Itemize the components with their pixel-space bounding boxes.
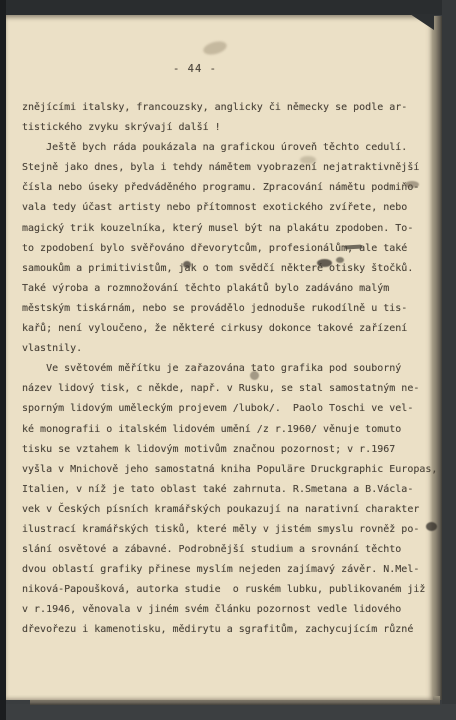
text-line: vek v Českých písních kramářských poukaz… <box>22 500 430 520</box>
document-page: - 44 - znějícími italsky, francouzsky, a… <box>5 15 433 700</box>
ink-smudge <box>202 39 228 57</box>
page-corner-fold <box>410 14 434 30</box>
text-line: Ještě bych ráda poukázala na grafickou ú… <box>22 138 430 158</box>
scan-background-top <box>0 0 456 15</box>
book-fore-edge <box>432 16 442 700</box>
text-line: Stejně jako dnes, byla i tehdy námětem v… <box>22 158 430 178</box>
text-line: to zpodobení bylo svěřováno dřevorytcům,… <box>22 239 430 259</box>
text-line: vyšla v Mnichově jeho samostatná kniha P… <box>22 460 430 480</box>
text-line: dřevořezu i kamenotisku, mědirytu a sgra… <box>22 620 430 640</box>
scan-background-bottom <box>0 704 456 720</box>
text-line: v r.1946, věnovala v jiném svém článku p… <box>22 600 430 620</box>
text-line: magický trik kouzelníka, který musel být… <box>22 219 430 239</box>
text-line: znějícími italsky, francouzsky, anglicky… <box>22 98 430 118</box>
text-line: Ve světovém měřítku je zařazována tato g… <box>22 359 430 379</box>
text-line: ilustrací kramářských tisků, které měly … <box>22 520 430 540</box>
text-line: slání osvětové a zábavné. Podrobnější st… <box>22 540 430 560</box>
scan-background-left <box>0 0 6 720</box>
text-line: vlastnily. <box>22 339 430 359</box>
body-text: znějícími italsky, francouzsky, anglicky… <box>22 98 430 641</box>
text-line: vala tedy účast artisty nebo přítomnost … <box>22 198 430 218</box>
text-line: tistického zvyku skrývají další ! <box>22 118 430 138</box>
text-line: Také výroba a rozmnožování těchto plakát… <box>22 279 430 299</box>
text-line: niková-Papoušková, autorka studie o rusk… <box>22 580 430 600</box>
text-line: dvou oblastí grafiky přinese myslím neje… <box>22 560 430 580</box>
scan-background-right <box>442 0 456 720</box>
text-line: tisku se vztahem k lidovým motivům značn… <box>22 440 430 460</box>
text-line: Italien, v níž je tato oblast také zahrn… <box>22 480 430 500</box>
text-line: městským tiskárnám, nebo se provádělo je… <box>22 299 430 319</box>
text-line: kařů; není vyloučeno, že některé cirkusy… <box>22 319 430 339</box>
text-line: samoukům a primitivistům, jak o tom svěd… <box>22 259 430 279</box>
text-line: čísla nebo úseky předváděného programu. … <box>22 178 430 198</box>
text-line: ké monografii o italském lidovém umění /… <box>22 420 430 440</box>
text-line: sporným lidovým uměleckým projevem /lubo… <box>22 399 430 419</box>
page-number: - 44 - <box>173 63 217 75</box>
text-line: název lidový tisk, c někde, např. v Rusk… <box>22 379 430 399</box>
